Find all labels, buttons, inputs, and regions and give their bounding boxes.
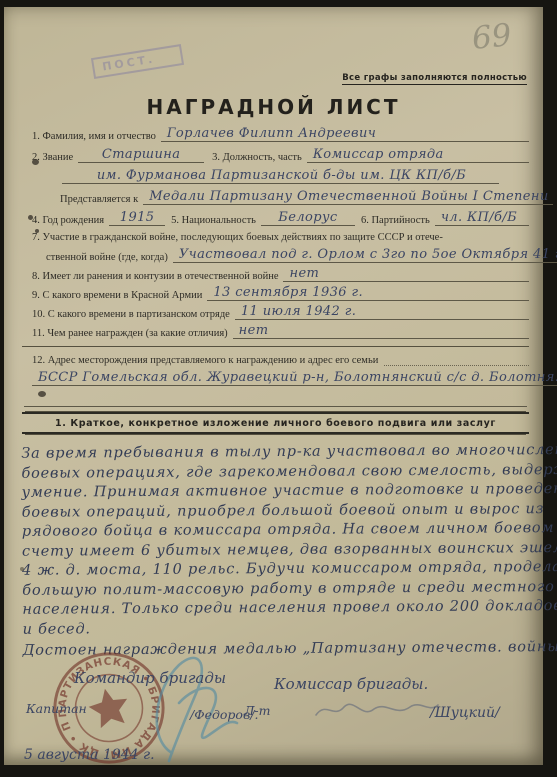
paper-blemish (38, 391, 46, 397)
field-presented-value: Медали Партизану Отечественной Войны I С… (143, 189, 552, 205)
field-prev-awards-label: 11. Чем ранее награжден (за какие отличи… (32, 328, 228, 339)
field-position-value: Комиссар отряда (307, 147, 529, 163)
right-signer-name: /Шуцкий/ (430, 705, 500, 721)
document-scan: ПОСТ. 69 Все графы заполняются полностью… (0, 0, 557, 777)
field-prev-awards: 11. Чем ранее награжден (за какие отличи… (22, 320, 529, 339)
field-address-line2: БССР Гомельская обл. Журавецкий р-н, Бол… (22, 366, 529, 386)
field-wounds: 8. Имеет ли ранения и контузии в отечест… (22, 263, 529, 282)
field-nationality-value: Белорус (261, 210, 355, 226)
field-birth-nation-party: 4. Год рождения 1915 5. Национальность Б… (22, 205, 529, 226)
field-name-value: Горлачев Филипп Андреевич (161, 126, 529, 142)
narrative-text: За время пребывания в тылу пр-ка участво… (21, 442, 529, 662)
field-partisan-since-label: 10. С какого времени в партизанском отря… (32, 309, 230, 320)
field-birthyear-label: 4. Год рождения (32, 215, 104, 226)
field-party-label: 6. Партийность (361, 215, 430, 226)
address-dotted-leader (384, 365, 529, 366)
field-war-label2: ственной войне (где, когда) (46, 252, 168, 263)
right-signer-title: Комиссар бригады. (274, 675, 428, 693)
paper-blemish (28, 215, 33, 220)
field-partisan-since: 10. С какого времени в партизанском отря… (22, 301, 529, 320)
paper-blemish (32, 159, 39, 165)
corner-number: 69 (470, 17, 513, 57)
field-partisan-since-value: 11 июля 1942 г. (235, 304, 529, 320)
right-signer-rank: Л-т (244, 703, 271, 718)
fill-instruction: Все графы заполняются полностью (342, 73, 527, 85)
field-rank-value: Старшина (78, 147, 204, 163)
signature-date: 5 августа 1944 г. (24, 747, 155, 763)
field-position-line2: им. Фурманова Партизанской б-ды им. ЦК К… (22, 163, 529, 184)
field-position-label: 3. Должность, часть (212, 152, 302, 163)
field-army-since-label: 9. С какого времени в Красной Армии (32, 290, 202, 301)
field-army-since: 9. С какого времени в Красной Армии 13 с… (22, 282, 529, 301)
field-address-value: БССР Гомельская обл. Журавецкий р-н, Бол… (32, 370, 557, 386)
signature-block: ПАРТИЗАНСКАЯ • БРИГАДА ИМ. ЦК • ПАРТИЗАН… (22, 665, 529, 777)
field-presented: Представляется к Медали Партизану Отечес… (22, 184, 529, 205)
entry-stamp: ПОСТ. (91, 44, 184, 79)
field-address: 12. Адрес месторождения представляемого … (22, 347, 529, 366)
field-rank-position: 2. Звание Старшина 3. Должность, часть К… (22, 142, 529, 163)
field-prev-awards-value: нет (233, 323, 529, 339)
left-signer-rank: Капитан (26, 701, 87, 716)
field-birthyear-value: 1915 (109, 210, 165, 226)
left-signer-title: Командир бригады (74, 669, 226, 687)
field-presented-label: Представляется к (60, 194, 138, 205)
page-title: НАГРАДНОЙ ЛИСТ (4, 95, 543, 119)
field-nationality-label: 5. Национальность (171, 215, 256, 226)
field-war-value: Участвовал под г. Орлом с 3го по 5ое Окт… (173, 247, 557, 263)
narrative-line: и бесед. (22, 618, 529, 641)
award-sheet-paper: ПОСТ. 69 Все графы заполняются полностью… (4, 7, 543, 765)
field-war-part2: ственной войне (где, когда) Участвовал п… (22, 243, 529, 263)
paper-blemish (35, 229, 39, 233)
paper-blemish (20, 567, 24, 571)
field-name-label: 1. Фамилия, имя и отчество (32, 131, 156, 142)
field-wounds-label: 8. Имеет ли ранения и контузии в отечест… (32, 271, 278, 282)
field-name: 1. Фамилия, имя и отчество Горлачев Фили… (22, 121, 529, 142)
commissar-ink-signature (312, 695, 442, 725)
field-army-since-value: 13 сентября 1936 г. (207, 285, 529, 301)
section-banner: 1. Краткое, конкретное изложение личного… (22, 412, 529, 434)
field-position-value2: им. Фурманова Партизанской б-ды им. ЦК К… (62, 168, 499, 184)
field-wounds-value: нет (283, 266, 529, 282)
field-war-label1: 7. Участие в гражданской войне, последую… (32, 232, 443, 243)
field-address-label: 12. Адрес месторождения представляемого … (32, 355, 378, 366)
field-party-value: чл. КП/б/Б (435, 210, 529, 226)
field-war-part1: 7. Участие в гражданской войне, последую… (22, 226, 529, 243)
empty-rule-line (24, 386, 527, 407)
